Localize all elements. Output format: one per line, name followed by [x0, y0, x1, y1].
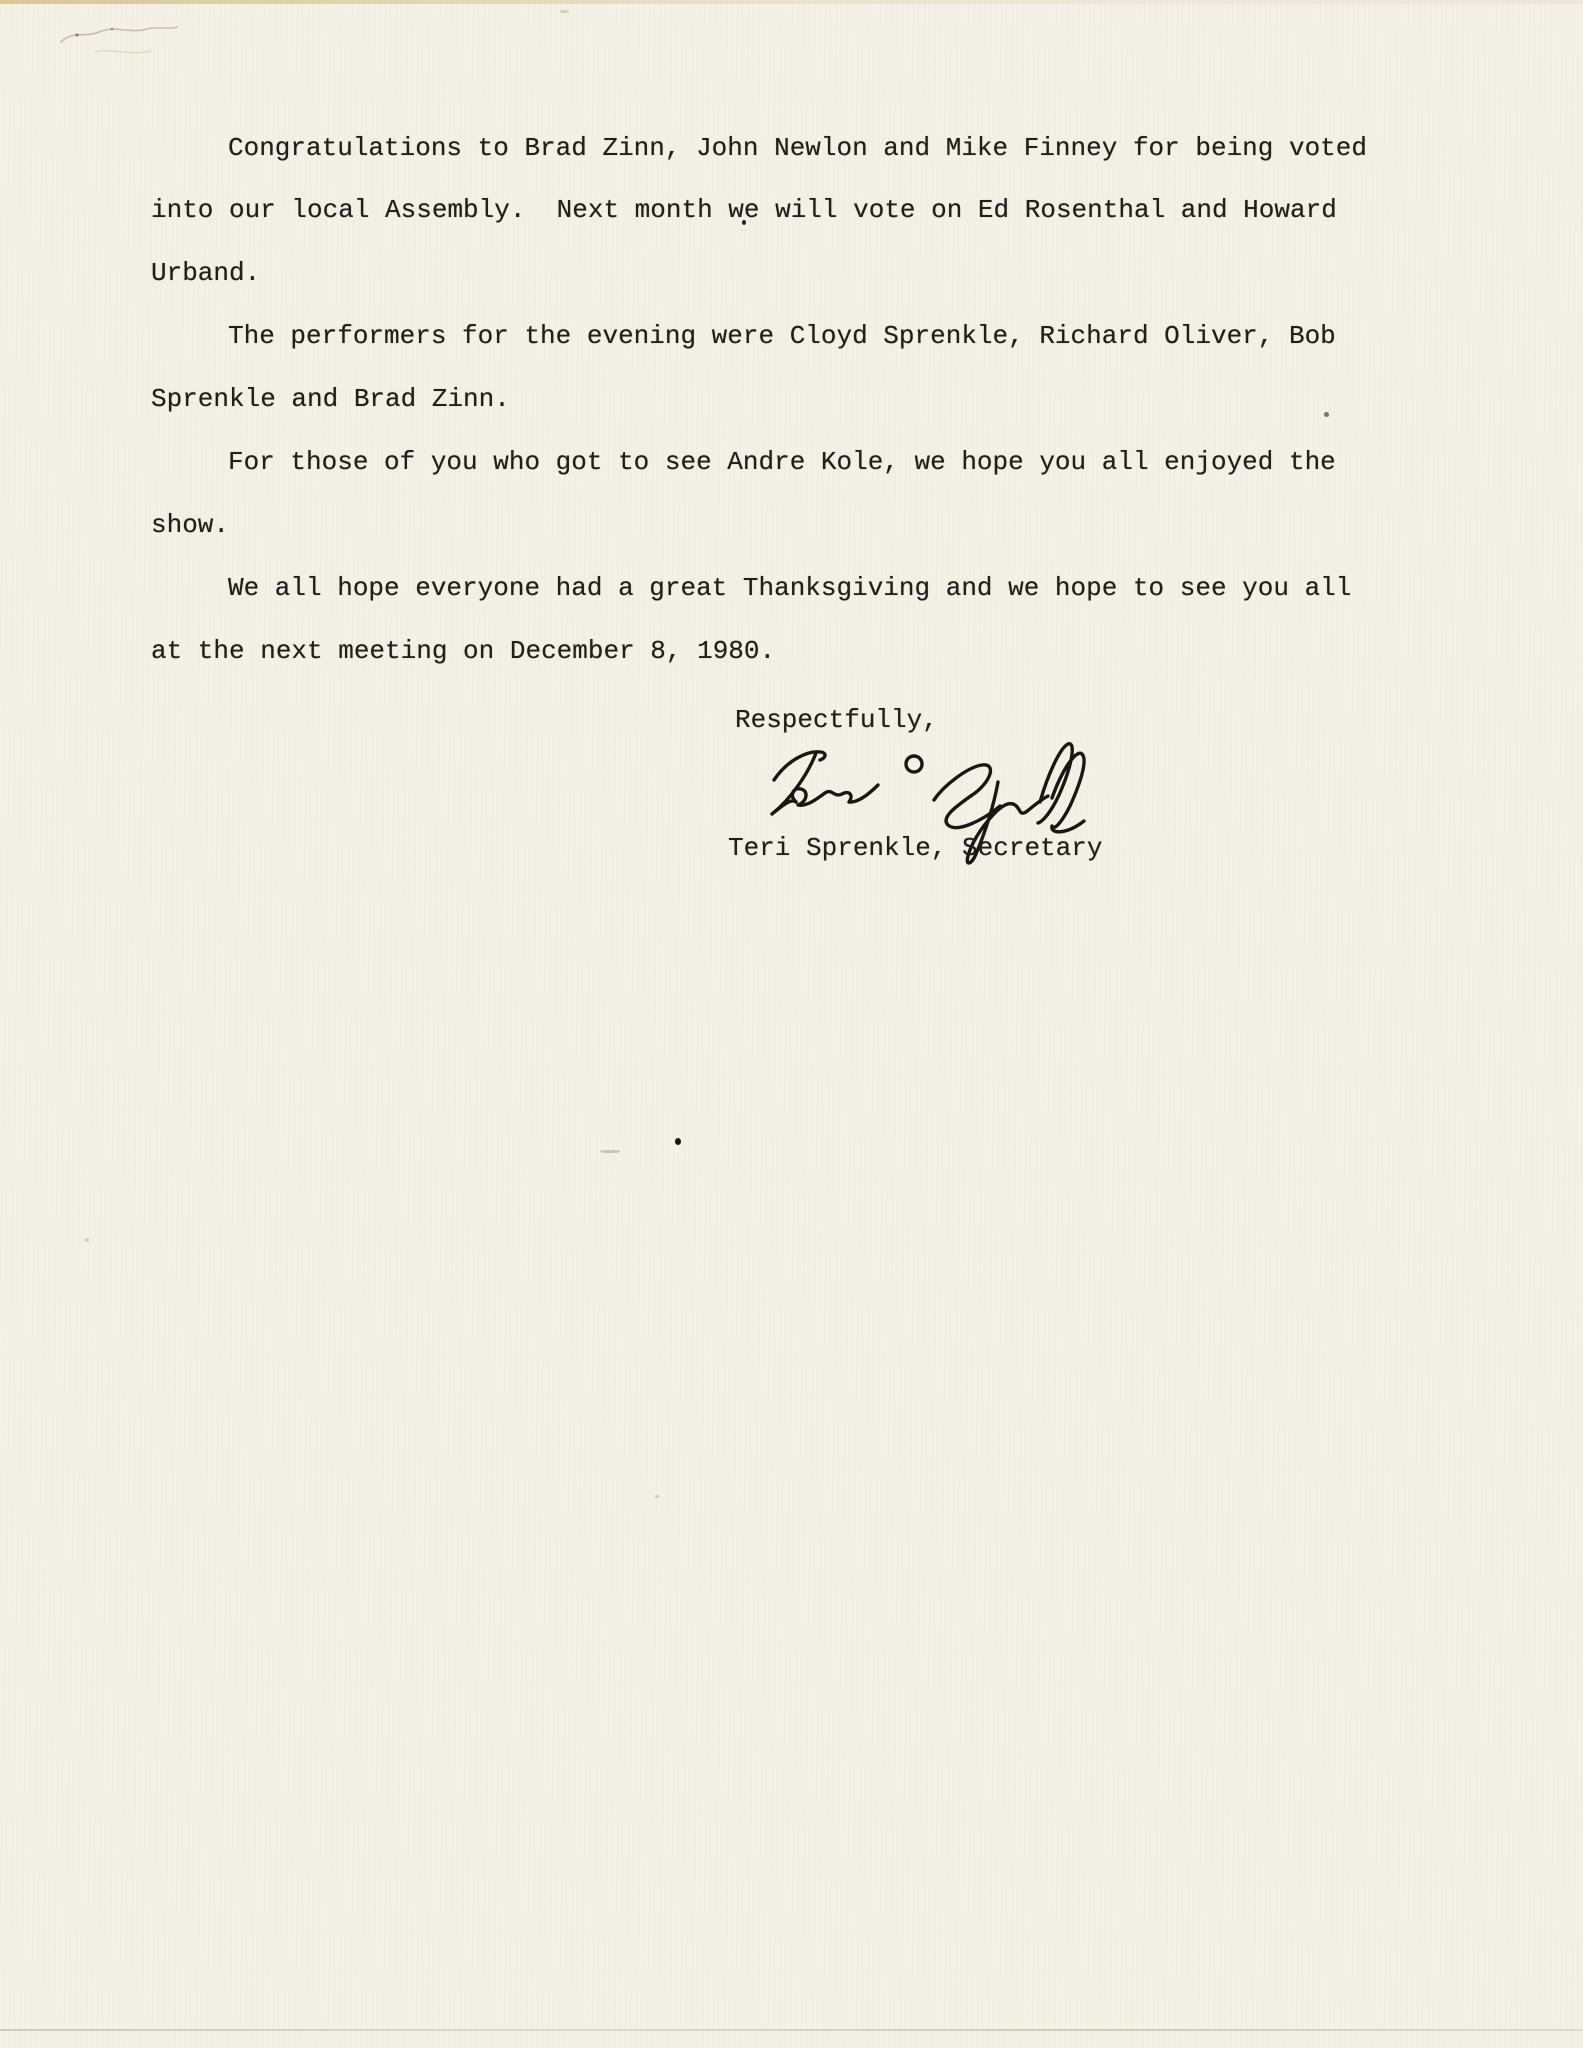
letter-line-9: at the next meeting on December 8, 1980. — [151, 636, 775, 666]
stray-type-mark — [742, 220, 746, 225]
closing-line: Respectfully, — [735, 705, 938, 735]
paper-speck — [85, 1238, 89, 1242]
paper-top-edge — [0, 0, 1583, 4]
letter-line-7: show. — [151, 510, 229, 540]
paper-speck — [1324, 412, 1329, 417]
letter-line-3: Urband. — [151, 258, 260, 288]
paper-smudge — [600, 1150, 620, 1153]
letter-line-8: We all hope everyone had a great Thanksg… — [228, 573, 1351, 603]
pencil-mark — [55, 18, 185, 58]
paper-speck — [560, 10, 569, 13]
paper-speck — [675, 1138, 681, 1145]
letter-line-6: For those of you who got to see Andre Ko… — [228, 447, 1336, 477]
letter-line-1: Congratulations to Brad Zinn, John Newlo… — [228, 133, 1367, 163]
letter-line-4: The performers for the evening were Cloy… — [228, 321, 1336, 351]
signoff-line: Teri Sprenkle, Secretary — [728, 833, 1102, 863]
letter-line-5: Sprenkle and Brad Zinn. — [151, 384, 510, 414]
paper-speck — [655, 1495, 659, 1498]
paper-bottom-edge — [0, 2029, 1583, 2031]
letter-page: Congratulations to Brad Zinn, John Newlo… — [0, 0, 1583, 2048]
